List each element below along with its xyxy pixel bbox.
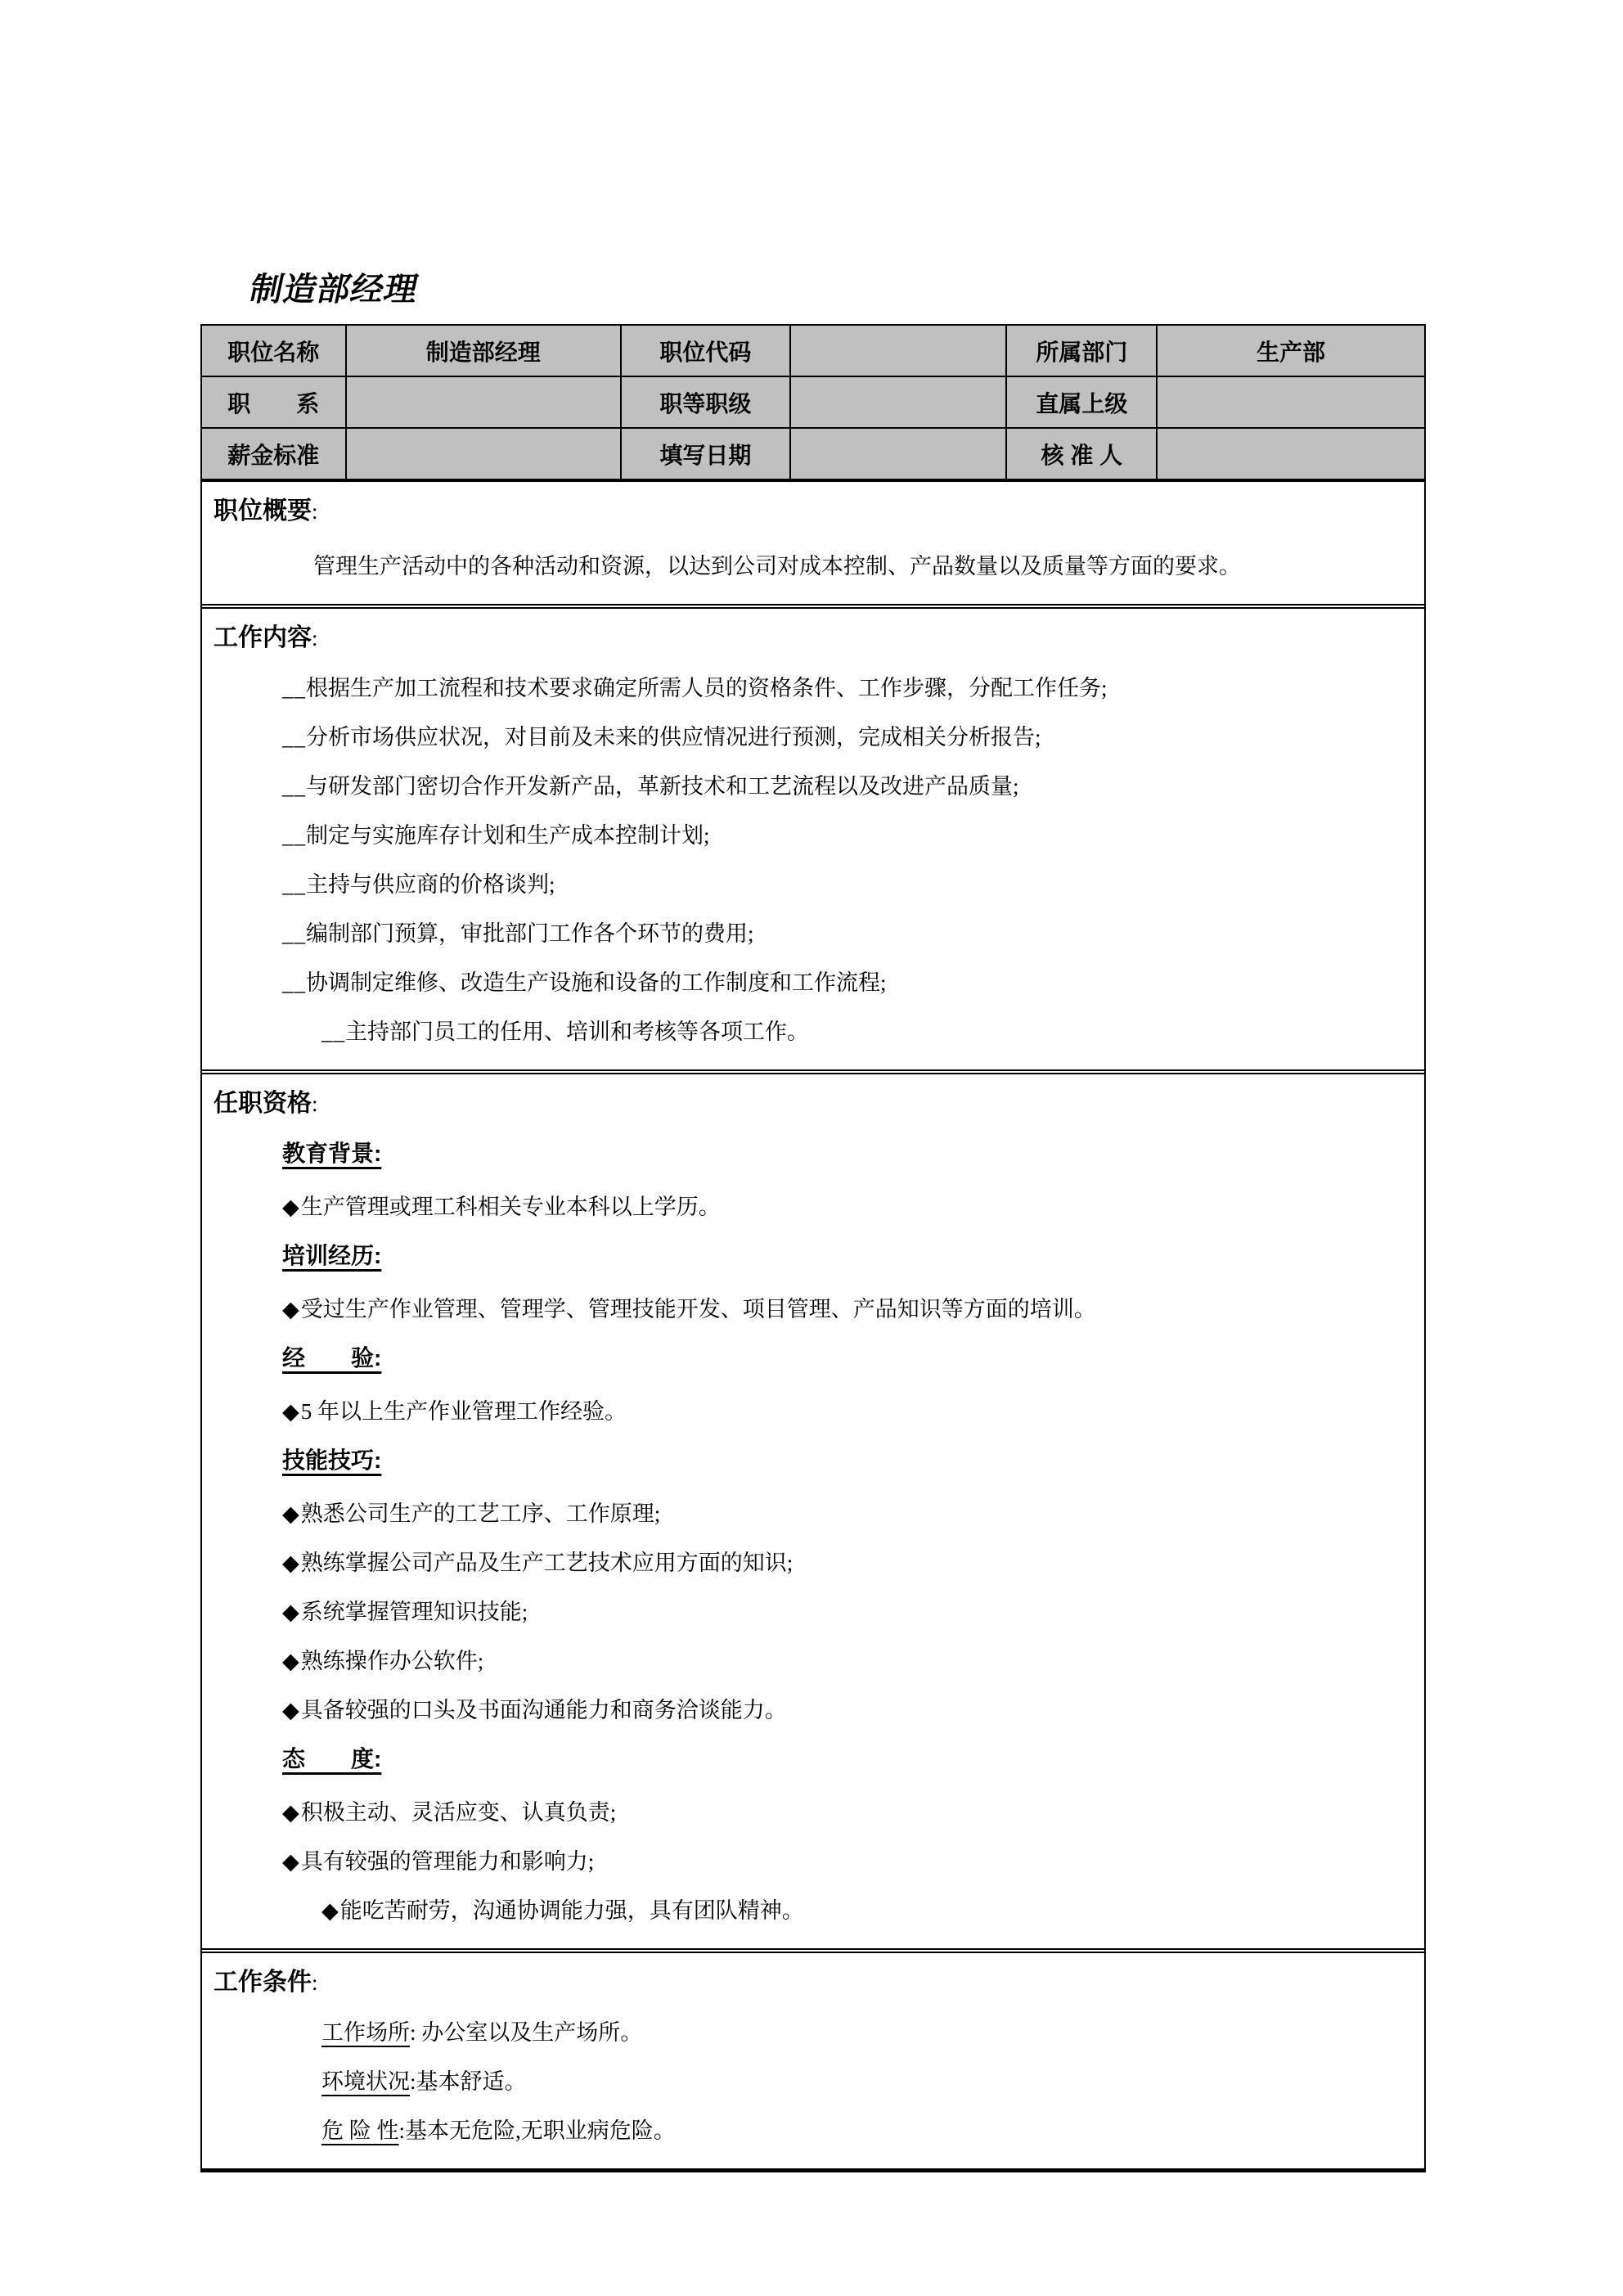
underscore-prefix: __ (282, 676, 306, 700)
diamond-bullet-icon: ◆ (282, 1551, 299, 1575)
duty-item: __根据生产加工流程和技术要求确定所需人员的资格条件、工作步骤，分配工作任务; (282, 664, 1405, 713)
duty-item: __与研发部门密切合作开发新产品，革新技术和工艺流程以及改进产品质量; (282, 762, 1405, 811)
heading-colon: : (312, 1092, 318, 1116)
cell-value-department: 生产部 (1157, 325, 1425, 376)
qualification-item: ◆具备较强的口头及书面沟通能力和商务洽谈能力。 (282, 1686, 1405, 1735)
duty-text: 分析市场供应状况，对目前及未来的供应情况进行预测，完成相关分析报告; (306, 725, 1041, 750)
condition-label: 危 险 性 (321, 2118, 399, 2143)
job-description-document: 制造部经理 职位名称 制造部经理 职位代码 所属部门 生产部 职 系 (200, 270, 1426, 2172)
diamond-bullet-icon: ◆ (282, 1649, 299, 1673)
cell-label-fill-date: 填写日期 (621, 428, 789, 479)
conditions-heading: 工作条件 (214, 1969, 312, 1996)
underscore-prefix: __ (282, 774, 306, 799)
diamond-bullet-icon: ◆ (282, 1600, 299, 1624)
table-row: 薪金标准 填写日期 核 准 人 (201, 428, 1425, 479)
duty-item: __主持部门员工的任用、培训和考核等各项工作。 (321, 1007, 1405, 1056)
diamond-bullet-icon: ◆ (282, 1849, 299, 1874)
qualification-item: ◆熟练掌握公司产品及生产工艺技术应用方面的知识; (282, 1538, 1405, 1587)
duty-text: 主持部门员工的任用、培训和考核等各项工作。 (345, 1020, 809, 1044)
underscore-prefix: __ (282, 725, 306, 750)
duties-heading: 工作内容 (214, 624, 312, 651)
diamond-bullet-icon: ◆ (282, 1297, 299, 1321)
condition-label: 环境状况 (321, 2069, 410, 2094)
underscore-prefix: __ (282, 921, 306, 946)
heading-colon: : (312, 499, 318, 524)
qualification-text: 积极主动、灵活应变、认真负责; (301, 1800, 617, 1825)
qualification-text: 能吃苦耐劳，沟通协调能力强，具有团队精神。 (340, 1898, 804, 1923)
cell-label-job-grade: 职等职级 (621, 376, 789, 428)
duty-item: __主持与供应商的价格谈判; (282, 860, 1405, 909)
section-duties: 工作内容: __根据生产加工流程和技术要求确定所需人员的资格条件、工作步骤，分配… (202, 604, 1424, 1069)
cell-value-direct-superior (1157, 376, 1425, 428)
cell-label-job-code: 职位代码 (621, 325, 789, 376)
qualification-text: 熟悉公司生产的工艺工序、工作原理; (301, 1501, 661, 1526)
duty-item: __编制部门预算，审批部门工作各个环节的费用; (282, 909, 1405, 958)
section-heading: 工作条件: (214, 1961, 1405, 2008)
duty-text: 主持与供应商的价格谈判; (306, 872, 555, 897)
diamond-bullet-icon: ◆ (282, 1800, 299, 1825)
qualification-text: 具备较强的口头及书面沟通能力和商务洽谈能力。 (301, 1698, 787, 1722)
qualification-text: 生产管理或理工科相关专业本科以上学历。 (301, 1195, 721, 1219)
qualification-item: ◆积极主动、灵活应变、认真负责; (282, 1788, 1405, 1837)
cell-value-salary-standard (346, 428, 622, 479)
qualification-item: ◆能吃苦耐劳，沟通协调能力强，具有团队精神。 (321, 1886, 1405, 1935)
underscore-prefix: __ (282, 970, 306, 995)
underscore-prefix: __ (282, 823, 306, 848)
table-row: 职 系 职等职级 直属上级 (201, 376, 1425, 428)
cell-label-salary-standard: 薪金标准 (201, 428, 346, 479)
table-row: 职位名称 制造部经理 职位代码 所属部门 生产部 (201, 325, 1425, 376)
qualification-text: 系统掌握管理知识技能; (301, 1600, 528, 1624)
cell-label-job-family: 职 系 (201, 376, 346, 428)
summary-text: 管理生产活动中的各种活动和资源，以达到公司对成本控制、产品数量以及质量等方面的要… (313, 542, 1405, 591)
diamond-bullet-icon: ◆ (321, 1898, 339, 1923)
duty-text: 编制部门预算，审批部门工作各个环节的费用; (306, 921, 754, 946)
qualification-item: ◆5 年以上生产作业管理工作经验。 (282, 1387, 1405, 1436)
qualification-item: ◆系统掌握管理知识技能; (282, 1587, 1405, 1636)
duty-text: 根据生产加工流程和技术要求确定所需人员的资格条件、工作步骤，分配工作任务; (306, 676, 1108, 700)
duty-text: 协调制定维修、改造生产设施和设备的工作制度和工作流程; (306, 970, 887, 995)
duty-item: __分析市场供应状况，对目前及未来的供应情况进行预测，完成相关分析报告; (282, 713, 1405, 762)
subheading-training: 培训经历: (282, 1231, 1405, 1285)
duty-item: __协调制定维修、改造生产设施和设备的工作制度和工作流程; (282, 958, 1405, 1007)
qualification-text: 熟练操作办公软件; (301, 1649, 484, 1673)
diamond-bullet-icon: ◆ (282, 1399, 299, 1424)
subheading-skills: 技能技巧: (282, 1436, 1405, 1489)
underscore-prefix: __ (321, 1020, 345, 1044)
job-info-table: 职位名称 制造部经理 职位代码 所属部门 生产部 职 系 职等职级 直属上级 (200, 324, 1426, 480)
diamond-bullet-icon: ◆ (282, 1698, 299, 1722)
section-heading: 任职资格: (214, 1083, 1405, 1129)
qualification-item: ◆生产管理或理工科相关专业本科以上学历。 (282, 1182, 1405, 1231)
section-heading: 职位概要: (214, 490, 1405, 537)
condition-item: 环境状况:基本舒适。 (321, 2057, 1405, 2106)
section-qualifications: 任职资格: 教育背景: ◆生产管理或理工科相关专业本科以上学历。 培训经历: ◆… (202, 1069, 1424, 1948)
underscore-prefix: __ (282, 872, 306, 897)
qualification-item: ◆受过生产作业管理、管理学、管理技能开发、项目管理、产品知识等方面的培训。 (282, 1285, 1405, 1334)
section-conditions: 工作条件: 工作场所: 办公室以及生产场所。 环境状况:基本舒适。 危 险 性:… (202, 1948, 1424, 2168)
duty-item: __制定与实施库存计划和生产成本控制计划; (282, 811, 1405, 860)
cell-label-department: 所属部门 (1006, 325, 1157, 376)
subheading-attitude: 态 度: (282, 1735, 1405, 1788)
qualifications-heading: 任职资格 (214, 1090, 312, 1117)
cell-value-job-family (346, 376, 622, 428)
condition-text: : 办公室以及生产场所。 (410, 2020, 642, 2045)
summary-heading: 职位概要 (214, 497, 312, 524)
condition-label: 工作场所 (321, 2020, 410, 2045)
document-page: 制造部经理 职位名称 制造部经理 职位代码 所属部门 生产部 职 系 (0, 0, 1623, 2296)
heading-colon: : (312, 626, 318, 651)
qualification-item: ◆熟练操作办公软件; (282, 1636, 1405, 1686)
diamond-bullet-icon: ◆ (282, 1501, 299, 1526)
document-title: 制造部经理 (246, 270, 422, 309)
qualification-text: 具有较强的管理能力和影响力; (301, 1849, 595, 1874)
cell-value-fill-date (790, 428, 1007, 479)
qualification-text: 5 年以上生产作业管理工作经验。 (301, 1399, 627, 1424)
qualification-text: 熟练掌握公司产品及生产工艺技术应用方面的知识; (301, 1551, 794, 1575)
section-heading: 工作内容: (214, 617, 1405, 664)
qualification-item: ◆熟悉公司生产的工艺工序、工作原理; (282, 1489, 1405, 1538)
diamond-bullet-icon: ◆ (282, 1195, 299, 1219)
cell-label-job-title: 职位名称 (201, 325, 346, 376)
subheading-experience: 经 验: (282, 1334, 1405, 1387)
cell-label-approver: 核 准 人 (1006, 428, 1157, 479)
cell-label-direct-superior: 直属上级 (1006, 376, 1157, 428)
condition-item: 工作场所: 办公室以及生产场所。 (321, 2008, 1405, 2057)
cell-value-job-grade (790, 376, 1007, 428)
cell-value-job-title: 制造部经理 (346, 325, 622, 376)
section-summary: 职位概要: 管理生产活动中的各种活动和资源，以达到公司对成本控制、产品数量以及质… (202, 482, 1424, 604)
heading-colon: : (312, 1970, 318, 1995)
cell-value-job-code (790, 325, 1007, 376)
cell-value-approver (1157, 428, 1425, 479)
qualification-item: ◆具有较强的管理能力和影响力; (282, 1837, 1405, 1886)
subheading-education: 教育背景: (282, 1129, 1405, 1182)
qualification-text: 受过生产作业管理、管理学、管理技能开发、项目管理、产品知识等方面的培训。 (301, 1297, 1096, 1321)
condition-item: 危 险 性:基本无危险,无职业病危险。 (321, 2106, 1405, 2155)
duty-text: 制定与实施库存计划和生产成本控制计划; (306, 823, 710, 848)
condition-text: :基本舒适。 (410, 2069, 527, 2094)
duty-text: 与研发部门密切合作开发新产品，革新技术和工艺流程以及改进产品质量; (306, 774, 1019, 799)
condition-text: :基本无危险,无职业病危险。 (399, 2118, 676, 2143)
document-body: 职位概要: 管理生产活动中的各种活动和资源，以达到公司对成本控制、产品数量以及质… (200, 480, 1426, 2172)
